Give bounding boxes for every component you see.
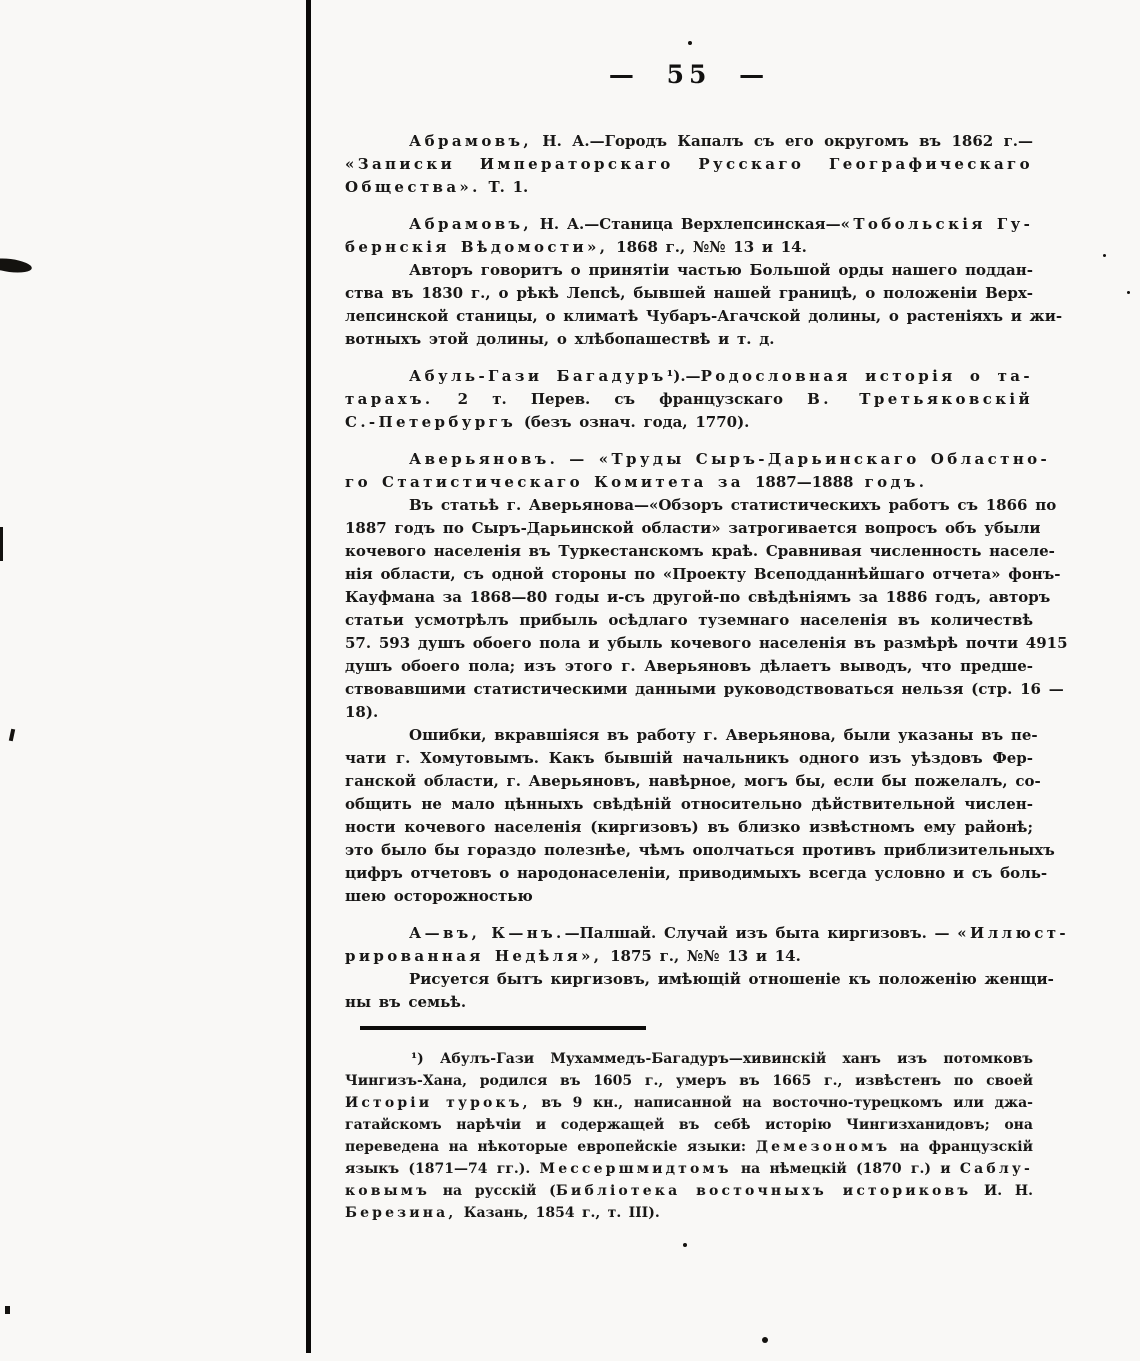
text-line: А—въ, К—нъ.—Палшай. Случай изъ быта кирг… [345,922,1033,945]
text-segment: Въ статьѣ г. Аверьянова—«Обзоръ статисти… [409,496,1056,514]
text-line: Чингизъ-Хана, родился въ 1605 г., умеръ … [345,1070,1033,1092]
text-line: Абуль-Гази Багадуръ¹).—Родословная истор… [345,365,1033,388]
letterspaced-text: рированная Недѣля», [345,947,602,965]
letterspaced-text: Аверьяновъ. — «Труды Сыръ-Дарьинскаго Об… [409,450,1050,468]
letterspaced-text: годъ. [854,473,928,491]
text-line: Въ статьѣ г. Аверьянова—«Обзоръ статисти… [345,494,1033,517]
text-line: ¹) Абулъ-Гази Мухаммедъ-Багадуръ—хивинск… [345,1048,1033,1070]
text-segment: Казань, 1854 г., т. III). [456,1205,659,1221]
ink-speck [762,1337,768,1343]
text-line: С.-Петербургъ (безъ означ. года, 1770). [345,411,1033,434]
letterspaced-text: А—въ, К—нъ. [409,924,565,942]
ink-speck [0,527,3,561]
text-segment: въ 9 кн., написанной на восточно-турецко… [531,1095,1033,1111]
text-segment: языкъ (1871—74 гг.). [345,1161,540,1177]
text-segment: Кауфмана за 1868—80 годы и-съ другой-по … [345,588,1050,606]
text-segment: гатайскомъ нарѣчіи и содержащей въ себѣ … [345,1117,1033,1133]
text-line: рированная Недѣля», 1875 г., №№ 13 и 14. [345,945,1033,968]
letterspaced-text: В. Третьяковскій [807,390,1033,408]
text-line: Березина, Казань, 1854 г., т. III). [345,1202,1033,1224]
text-line: языкъ (1871—74 гг.). Мессершмидтомъ на н… [345,1158,1033,1180]
ink-speck [9,729,15,742]
annotation-averyanov-1: Въ статьѣ г. Аверьянова—«Обзоръ статисти… [345,494,1033,724]
text-segment: на русскій ( [430,1183,556,1199]
text-line: гатайскомъ нарѣчіи и содержащей въ себѣ … [345,1114,1033,1136]
text-segment: общить не мало цѣнныхъ свѣдѣній относите… [345,795,1033,813]
text-segment: ¹).— [667,367,701,385]
text-segment: 1887—1888 [755,473,854,491]
letterspaced-text: Библіотека восточныхъ историковъ [556,1183,972,1199]
annotation-averyanov-2: Ошибки, вкравшіяся въ работу г. Аверьяно… [345,724,1033,908]
text-line: переведена на нѣкоторые европейскіе язык… [345,1136,1033,1158]
text-line: Рисуется бытъ киргизовъ, имѣющій отношен… [345,968,1033,991]
text-line: вотныхъ этой долины, о хлѣбопашествѣ и т… [345,328,1033,351]
text-segment: ства въ 1830 г., о рѣкѣ Лепсѣ, бывшей на… [345,284,1033,302]
text-line: ности кочевого населенія (киргизовъ) въ … [345,816,1033,839]
text-line: «Записки Императорскаго Русскаго Географ… [345,153,1033,176]
entry-av-kn: А—въ, К—нъ.—Палшай. Случай изъ быта кирг… [345,922,1033,968]
text-segment: Рисуется бытъ киргизовъ, имѣющій отношен… [409,970,1054,988]
text-segment: на нѣмецкій (1870 г.) и [732,1161,960,1177]
letterspaced-text: Саблу- [960,1161,1033,1177]
letterspaced-text: Исторіи турокъ, [345,1095,531,1111]
text-line: Ошибки, вкравшіяся въ работу г. Аверьяно… [345,724,1033,747]
text-line: шею осторожностью [345,885,1033,908]
text-segment: 1875 г., №№ 13 и 14. [602,947,800,965]
letterspaced-text: Абрамовъ, [409,132,532,150]
text-line: нія области, съ одной стороны по «Проект… [345,563,1033,586]
text-line: 18). [345,701,1033,724]
text-segment: переведена на нѣкоторые европейскіе язык… [345,1139,756,1155]
text-line: это было бы гораздо полезнѣе, чѣмъ ополч… [345,839,1033,862]
letterspaced-text: «Тобольскія Гу- [841,215,1034,233]
text-segment: И. Н. [971,1183,1033,1199]
text-segment: ны въ семьѣ. [345,993,466,1011]
text-segment: это было бы гораздо полезнѣе, чѣмъ ополч… [345,841,1055,859]
letterspaced-text: Мессершмидтомъ [540,1161,732,1177]
text-segment: ¹) Абулъ-Гази Мухаммедъ-Багадуръ—хивинск… [411,1051,1033,1067]
footnote-separator [360,1026,646,1030]
letterspaced-text: Березина, [345,1205,456,1221]
text-line: Абрамовъ, Н. А.—Станица Верхлепсинская—«… [345,213,1033,236]
text-line: ганской области, г. Аверьяновъ, навѣрное… [345,770,1033,793]
text-segment: 57. 593 душъ обоего пола и убыль кочевог… [345,634,1068,652]
text-line: го Статистическаго Комитета за 1887—1888… [345,471,1033,494]
text-segment: 2 т. Перев. съ французскаго [434,390,808,408]
page-number: — 55 — [345,60,1033,89]
text-line: цифръ отчетовъ о народонаселеніи, привод… [345,862,1033,885]
text-line: бернскія Вѣдомости», 1868 г., №№ 13 и 14… [345,236,1033,259]
annotation-av-kn: Рисуется бытъ киргизовъ, имѣющій отношен… [345,968,1033,1014]
letterspaced-text: С.-Петербургъ [345,413,516,431]
text-segment: на французскій [890,1139,1033,1155]
footnote: ¹) Абулъ-Гази Мухаммедъ-Багадуръ—хивинск… [345,1048,1033,1224]
text-segment: кочевого населенія въ Туркестанскомъ кра… [345,542,1055,560]
letterspaced-text: бернскія Вѣдомости», [345,238,608,256]
text-line: ства въ 1830 г., о рѣкѣ Лепсѣ, бывшей на… [345,282,1033,305]
text-line: лепсинской станицы, о климатѣ Чубаръ-Ага… [345,305,1033,328]
text-line: Аверьяновъ. — «Труды Сыръ-Дарьинскаго Об… [345,448,1033,471]
text-segment: ганской области, г. Аверьяновъ, навѣрное… [345,772,1041,790]
text-segment: вотныхъ этой долины, о хлѣбопашествѣ и т… [345,330,774,348]
text-segment: нія области, съ одной стороны по «Проект… [345,565,1061,583]
text-line: 57. 593 душъ обоего пола и убыль кочевог… [345,632,1033,655]
bibliography-blocks: Абрамовъ, Н. А.—Городъ Капалъ съ его окр… [345,130,1033,1014]
text-line: Кауфмана за 1868—80 годы и-съ другой-по … [345,586,1033,609]
ink-speck [1103,254,1106,257]
letterspaced-text: Демезономъ [756,1139,891,1155]
text-segment: Авторъ говоритъ о принятіи частью Большо… [409,261,1033,279]
text-segment: —Палшай. Случай изъ быта киргизовъ. — [565,924,958,942]
text-segment: душъ обоего пола; изъ этого г. Аверьянов… [345,657,1033,675]
text-line: душъ обоего пола; изъ этого г. Аверьянов… [345,655,1033,678]
text-line: чати г. Хомутовымъ. Какъ бывшій начальни… [345,747,1033,770]
text-column: Абрамовъ, Н. А.—Городъ Капалъ съ его окр… [345,130,1033,1224]
text-segment: 18). [345,703,378,721]
entry-abulgazi: Абуль-Гази Багадуръ¹).—Родословная истор… [345,365,1033,434]
text-line: ны въ семьѣ. [345,991,1033,1014]
annotation-abramov-stanitsa: Авторъ говоритъ о принятіи частью Большо… [345,259,1033,351]
text-segment: Н. А.—Станица Верхлепсинская— [532,215,841,233]
text-segment: (безъ означ. года, 1770). [516,413,749,431]
letterspaced-text: го Статистическаго Комитета за [345,473,755,491]
text-line: 1887 годъ по Сыръ-Дарьинской области» за… [345,517,1033,540]
letterspaced-text: Абуль-Гази Багадуръ [409,367,667,385]
text-segment: 1868 г., №№ 13 и 14. [608,238,806,256]
letterspaced-text: Родословная исторія о та- [701,367,1033,385]
entry-averyanov: Аверьяновъ. — «Труды Сыръ-Дарьинскаго Об… [345,448,1033,494]
text-line: кочевого населенія въ Туркестанскомъ кра… [345,540,1033,563]
text-line: общить не мало цѣнныхъ свѣдѣній относите… [345,793,1033,816]
scan-gutter-line [306,0,311,1353]
letterspaced-text: Общества». [345,178,481,196]
text-line: Исторіи турокъ, въ 9 кн., написанной на … [345,1092,1033,1114]
ink-speck [688,41,692,45]
ink-speck [5,1306,10,1314]
text-segment: ствовавшими статистическими данными руко… [345,680,1064,698]
text-segment: цифръ отчетовъ о народонаселеніи, привод… [345,864,1047,882]
text-segment: Ошибки, вкравшіяся въ работу г. Аверьяно… [409,726,1038,744]
text-line: ковымъ на русскій (Библіотека восточныхъ… [345,1180,1033,1202]
entry-abramov-stanitsa: Абрамовъ, Н. А.—Станица Верхлепсинская—«… [345,213,1033,259]
text-segment: 1887 годъ по Сыръ-Дарьинской области» за… [345,519,1041,537]
entry-abramov-kapal: Абрамовъ, Н. А.—Городъ Капалъ съ его окр… [345,130,1033,199]
text-segment: Чингизъ-Хана, родился въ 1605 г., умеръ … [345,1073,1033,1089]
letterspaced-text: Абрамовъ, [409,215,532,233]
text-segment: чати г. Хомутовымъ. Какъ бывшій начальни… [345,749,1033,767]
ink-speck [683,1243,687,1247]
text-segment: ности кочевого населенія (киргизовъ) въ … [345,818,1033,836]
text-line: ствовавшими статистическими данными руко… [345,678,1033,701]
text-line: Общества». Т. 1. [345,176,1033,199]
letterspaced-text: тарахъ. [345,390,434,408]
text-segment: Н. А.—Городъ Капалъ съ его округомъ въ 1… [532,132,1033,150]
text-line: Абрамовъ, Н. А.—Городъ Капалъ съ его окр… [345,130,1033,153]
ink-speck [1127,291,1130,294]
text-line: тарахъ. 2 т. Перев. съ французскаго В. Т… [345,388,1033,411]
text-line: статьи усмотрѣлъ прибыль осѣдлаго туземн… [345,609,1033,632]
letterspaced-text: «Записки Императорскаго Русскаго Географ… [345,155,1033,173]
text-segment: Т. 1. [481,178,529,196]
text-line: Авторъ говоритъ о принятіи частью Большо… [345,259,1033,282]
letterspaced-text: ковымъ [345,1183,430,1199]
text-segment: шею осторожностью [345,887,533,905]
letterspaced-text: «Иллюст- [957,924,1069,942]
text-segment: статьи усмотрѣлъ прибыль осѣдлаго туземн… [345,611,1033,629]
ink-speck [0,256,33,274]
text-segment: лепсинской станицы, о климатѣ Чубаръ-Ага… [345,307,1062,325]
